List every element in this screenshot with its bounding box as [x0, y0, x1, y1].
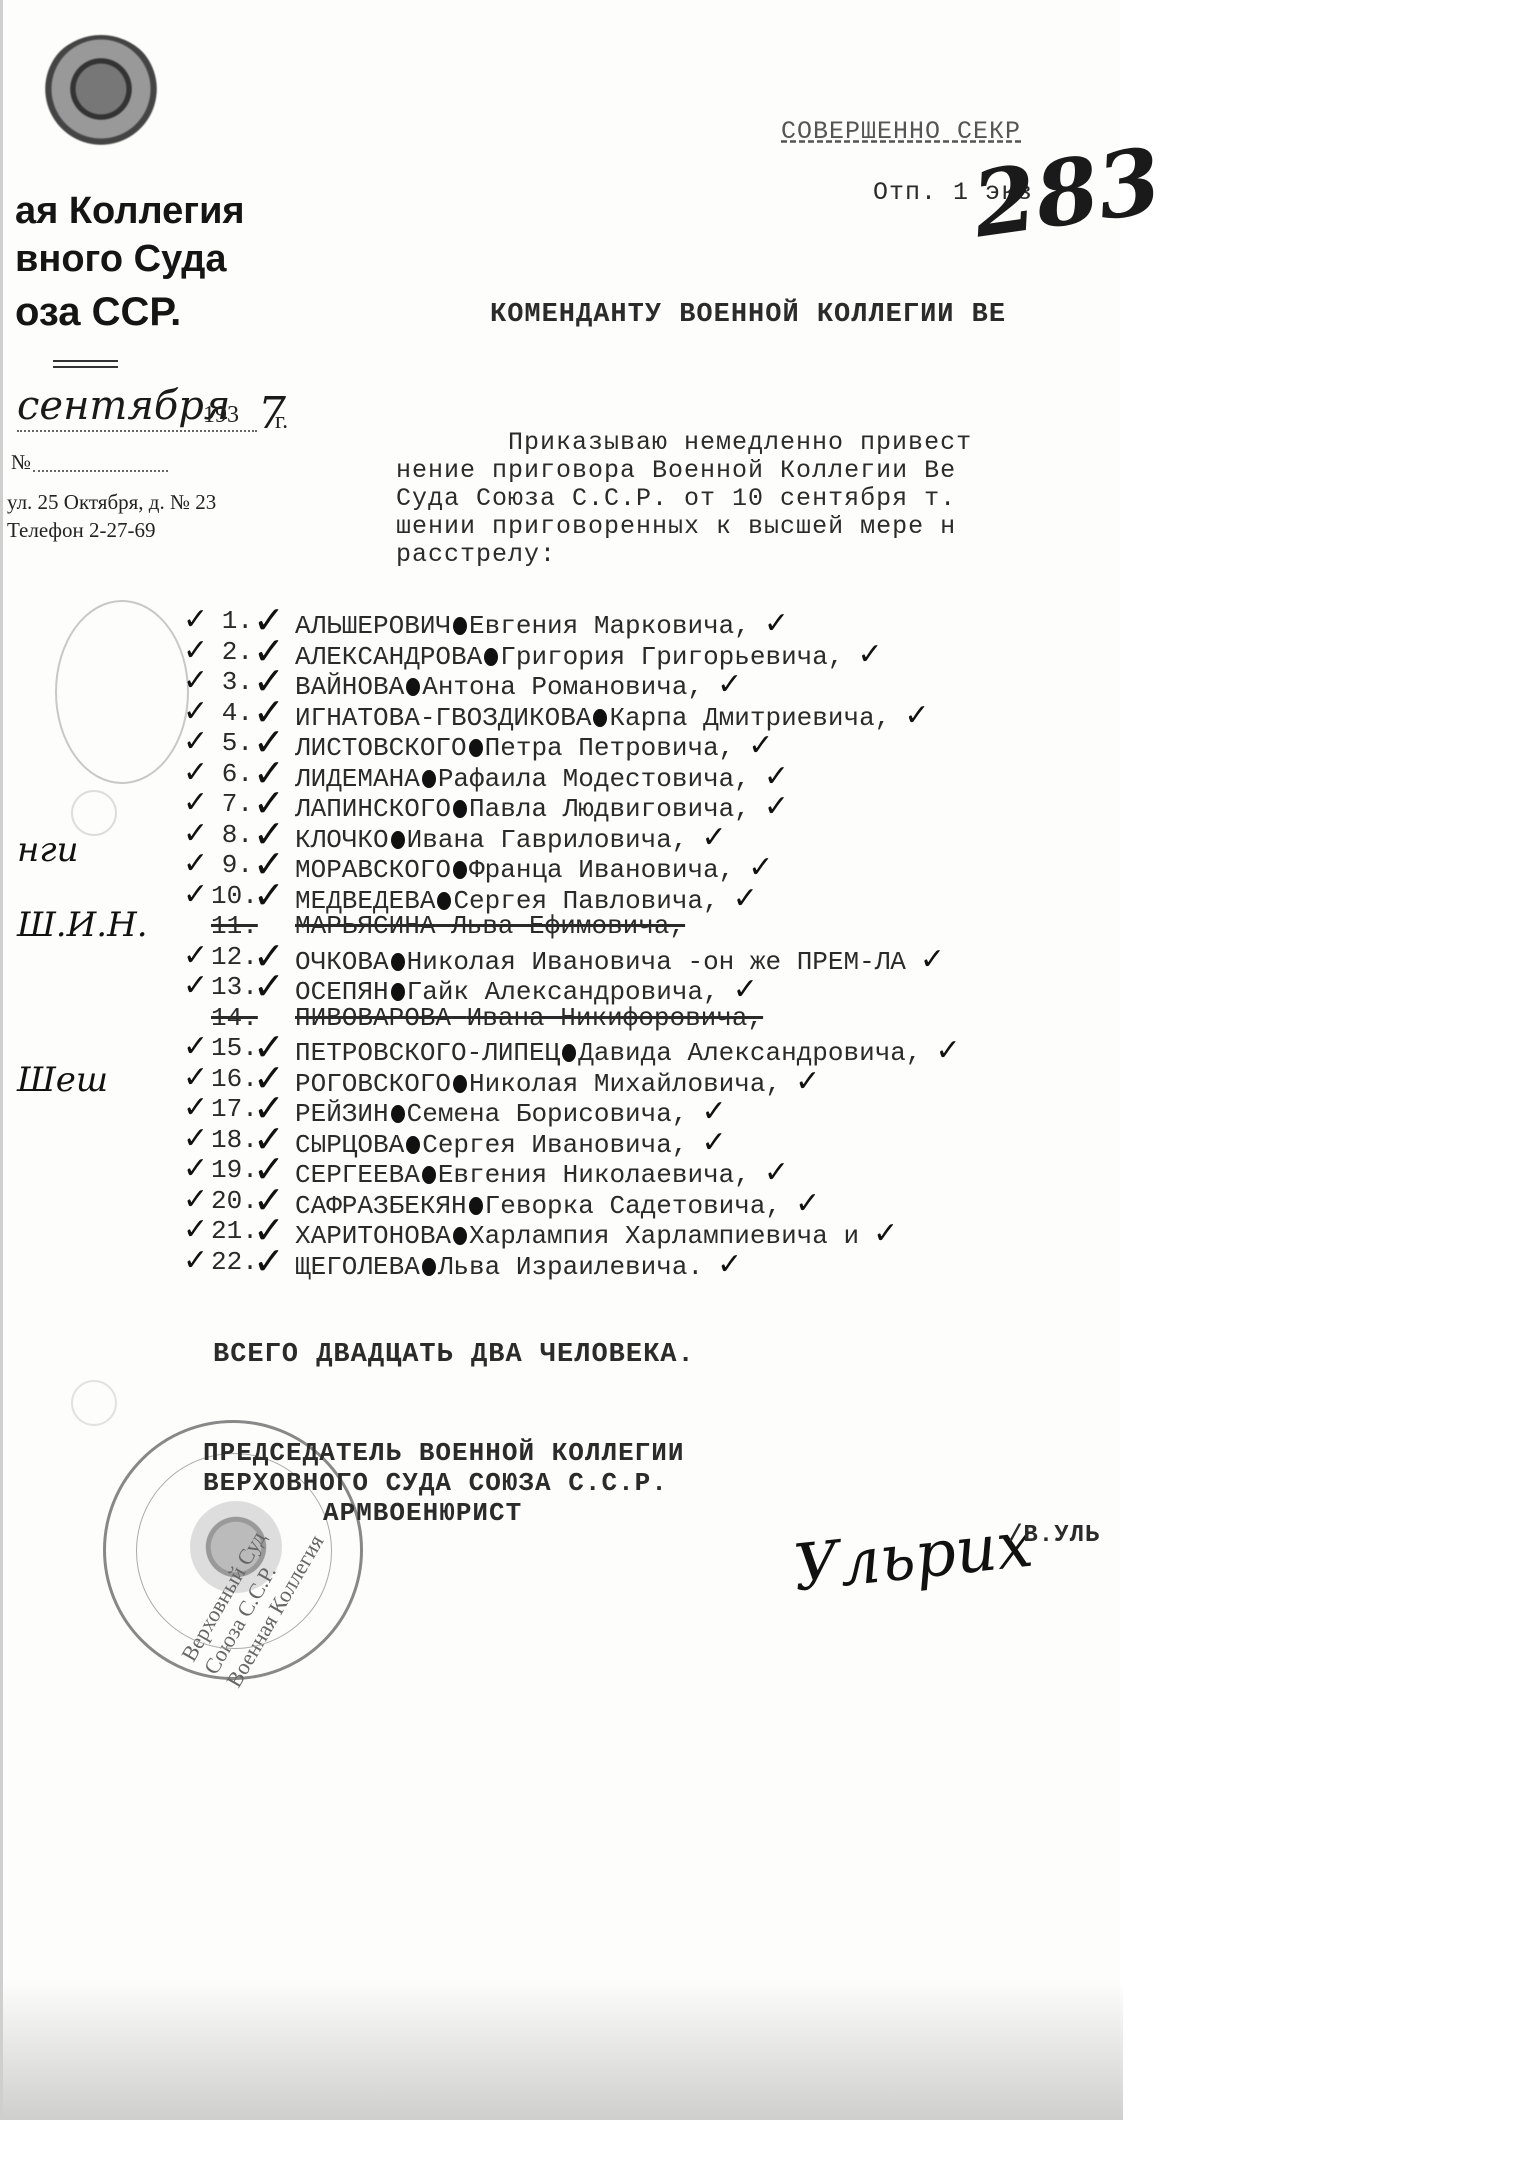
list-item-number: 22.	[211, 1247, 253, 1277]
check-mark-icon: ✓	[183, 1243, 208, 1278]
list-item-name: МАРЬЯСИНА Льва Ефимовича,	[295, 911, 685, 941]
ink-dot-mark	[406, 678, 420, 696]
ink-dot-mark	[391, 953, 405, 971]
given-names: Льва Ефимовича,	[451, 911, 685, 941]
ink-dot-mark	[453, 617, 467, 635]
pencil-circle-mark	[55, 600, 189, 784]
check-mark-icon: ✓	[858, 637, 883, 672]
list-item-number: 11.	[211, 911, 253, 941]
handwritten-registration-number: 283	[967, 127, 1168, 258]
order-text-line-5: расстрелу:	[396, 540, 556, 569]
order-text-line-4: шении приговоренных к высшей мере н	[396, 512, 956, 541]
list-item-number: 15.	[211, 1033, 253, 1063]
punch-hole-lower	[71, 1380, 117, 1426]
check-mark-icon: ✓	[733, 881, 758, 916]
list-item-number: 6.	[211, 759, 253, 789]
letterhead-divider	[53, 360, 118, 368]
check-mark-icon: ✓	[764, 789, 789, 824]
margin-handwritten-note-3: Шеш	[17, 1060, 108, 1100]
check-mark-icon: ✓	[717, 1247, 742, 1282]
list-item-number: 16.	[211, 1064, 253, 1094]
list-item-number: 18.	[211, 1125, 253, 1155]
outgoing-number-label: №	[11, 450, 31, 475]
seal-text: Верховный Суд Союза С.С.Р. Военная Колле…	[176, 1494, 336, 1692]
list-item-number: 7.	[211, 789, 253, 819]
list-item-number: 14.	[211, 1003, 253, 1033]
ink-dot-mark	[453, 1075, 467, 1093]
document-page: ая Коллегия вного Суда оза ССР. сентября…	[0, 0, 1120, 2120]
letterhead-line-2: вного Суда	[15, 238, 227, 281]
ink-dot-mark	[484, 648, 498, 666]
list-item-number: 17.	[211, 1094, 253, 1124]
ink-dot-mark	[453, 1227, 467, 1245]
check-mark-icon: ✓	[873, 1216, 898, 1251]
state-emblem-icon	[41, 35, 161, 155]
order-text-line-3: Суда Союза С.С.Р. от 10 сентября т.	[396, 484, 956, 513]
ink-dot-mark	[453, 800, 467, 818]
signatory-rank: АРМВОЕНЮРИСТ	[323, 1498, 522, 1528]
list-item-number: 8.	[211, 820, 253, 850]
ink-dot-mark	[422, 1258, 436, 1276]
surname: ПИВОВАРОВА	[295, 1003, 451, 1033]
date-year-g: г.	[275, 408, 288, 435]
ink-dot-mark	[391, 831, 405, 849]
margin-handwritten-note-2: Ш.И.Н.	[17, 905, 148, 945]
surname: МАРЬЯСИНА	[295, 911, 435, 941]
list-item-number: 12.	[211, 942, 253, 972]
classification-stamp: СОВЕРШЕННО СЕКР	[781, 117, 1021, 146]
order-text-line-2: нение приговора Военной Коллегии Ве	[396, 456, 956, 485]
check-mark-icon: ✓	[253, 964, 285, 1008]
ink-dot-mark	[437, 892, 451, 910]
letterhead-phone: Телефон 2-27-69	[7, 518, 156, 543]
order-text-line-1: Приказываю немедленно привест	[508, 428, 972, 457]
ink-dot-mark	[562, 1044, 576, 1062]
check-mark-icon: ✓	[795, 1064, 820, 1099]
ink-dot-mark	[593, 709, 607, 727]
check-mark-icon: ✓	[253, 1239, 285, 1283]
list-item-number: 21.	[211, 1216, 253, 1246]
scan-shadow	[3, 1980, 1123, 2120]
ink-dot-mark	[391, 1105, 405, 1123]
ink-dot-mark	[453, 861, 467, 879]
list-item-number: 19.	[211, 1155, 253, 1185]
list-item-number: 1.	[211, 606, 253, 636]
total-count: ВСЕГО ДВАДЦАТЬ ДВА ЧЕЛОВЕКА.	[213, 1340, 695, 1370]
date-dotted-line	[17, 430, 257, 432]
list-item-number: 5.	[211, 728, 253, 758]
margin-handwritten-note-1: нгu	[17, 830, 78, 870]
list-item-number: 3.	[211, 667, 253, 697]
handwritten-signature: Ульрих	[790, 1508, 1037, 1607]
check-mark-icon: ✓	[936, 1033, 961, 1068]
check-mark-icon: ✓	[904, 698, 929, 733]
ink-dot-mark	[422, 1166, 436, 1184]
seal-emblem-icon	[186, 1493, 286, 1613]
letterhead-line-3: оза ССР.	[15, 290, 181, 335]
letterhead-address: ул. 25 Октября, д. № 23	[7, 490, 216, 515]
signatory-title-line-2: ВЕРХОВНОГО СУДА СОЮЗА С.С.Р.	[203, 1468, 668, 1498]
check-mark-icon: ✓	[183, 968, 208, 1003]
signatory-title-line-1: ПРЕДСЕДАТЕЛЬ ВОЕННОЙ КОЛЛЕГИИ	[203, 1438, 684, 1468]
ink-dot-mark	[406, 1136, 420, 1154]
given-names: Ивана Никифоровича,	[467, 1003, 763, 1033]
list-item-number: 20.	[211, 1186, 253, 1216]
ink-dot-mark	[391, 983, 405, 1001]
check-mark-icon: ✓	[253, 873, 285, 917]
ink-dot-mark	[469, 739, 483, 757]
date-handwritten: сентября	[17, 383, 230, 429]
list-item-number: 13.	[211, 972, 253, 1002]
given-names: Льва Израилевича.	[438, 1252, 703, 1282]
addressee-heading: КОМЕНДАНТУ ВОЕННОЙ КОЛЛЕГИИ ВЕ	[490, 300, 1006, 330]
list-item-number: 9.	[211, 850, 253, 880]
list-item-number: 10.	[211, 881, 253, 911]
date-year-prefix: 193	[203, 402, 239, 429]
outgoing-number-line	[33, 470, 168, 472]
list-item-name: ПИВОВАРОВА Ивана Никифоровича,	[295, 1003, 763, 1033]
check-mark-icon: ✓	[920, 942, 945, 977]
letterhead-line-1: ая Коллегия	[15, 190, 245, 233]
check-mark-icon: ✓	[183, 877, 208, 912]
list-item-name: ЩЕГОЛЕВАЛьва Израилевича.✓	[295, 1247, 742, 1282]
surname: ЩЕГОЛЕВА	[295, 1252, 420, 1282]
list-item-number: 2.	[211, 637, 253, 667]
ink-dot-mark	[469, 1197, 483, 1215]
signer-name: /В.УЛЬ	[1008, 1522, 1100, 1549]
list-item-number: 4.	[211, 698, 253, 728]
ink-dot-mark	[422, 770, 436, 788]
